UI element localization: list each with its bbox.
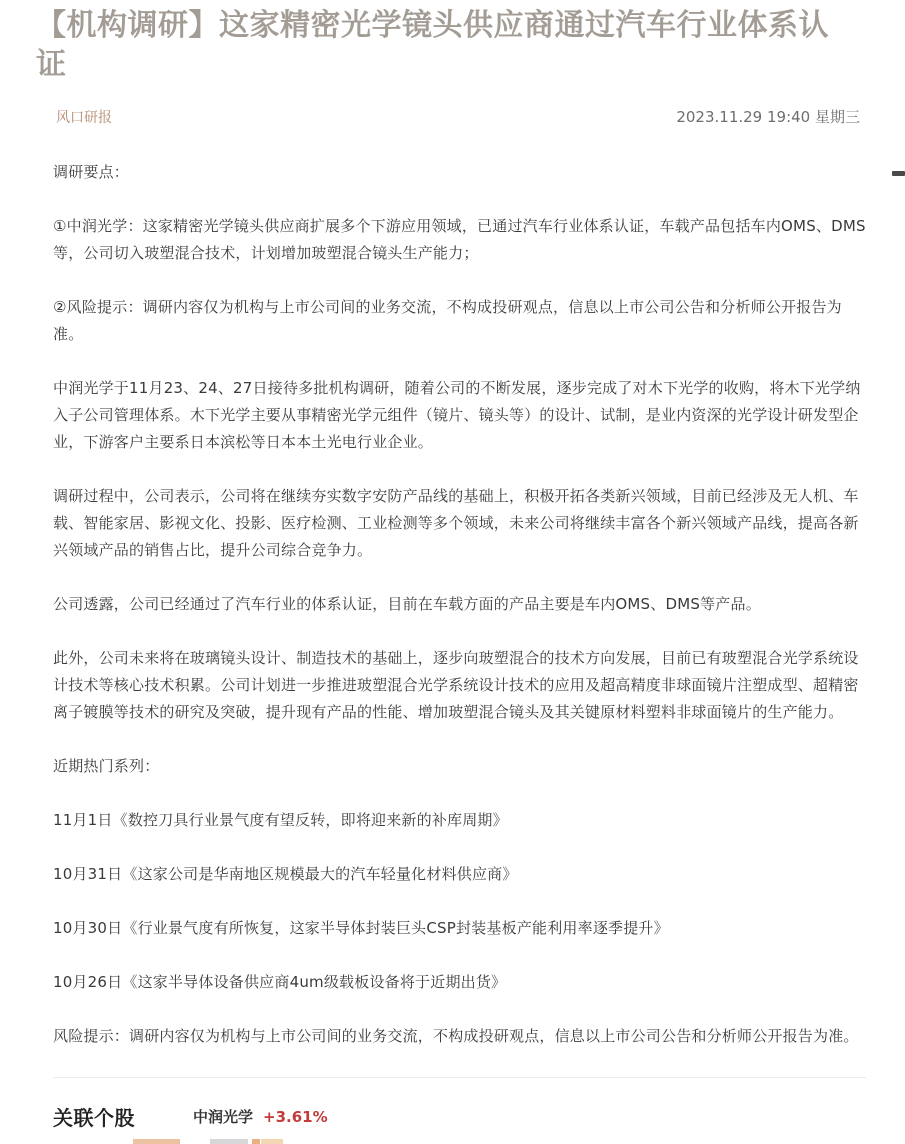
hot-series-item: 10月26日《这家半导体设备供应商4um级载板设备将于近期出货》 [53, 969, 870, 996]
hot-series-label: 近期热门系列： [53, 753, 870, 780]
article-body: 调研要点： ①中润光学：这家精密光学镜头供应商扩展多个下游应用领域，已通过汽车行… [0, 127, 905, 1050]
cutoff-image-fragment [261, 1139, 283, 1144]
stock-change-badge: +3.61% [263, 1108, 328, 1126]
section-divider [53, 1077, 866, 1078]
stock-item[interactable]: 中润光学 +3.61% [193, 1106, 328, 1127]
hot-series-item: 11月1日《数控刀具行业景气度有望反转，即将迎来新的补库周期》 [53, 807, 870, 834]
stock-name: 中润光学 [193, 1106, 253, 1127]
paragraph-glass-plastic-tech: 此外，公司未来将在玻璃镜头设计、制造技术的基础上，逐步向玻塑混合的技术方向发展，… [53, 645, 870, 726]
paragraph-certification: 公司透露，公司已经通过了汽车行业的体系认证，目前在车载方面的产品主要是车内OMS… [53, 591, 870, 618]
cutoff-image-fragment [252, 1139, 260, 1144]
source-tag[interactable]: 风口研报 [56, 107, 112, 127]
publish-timestamp: 2023.11.29 19:40 星期三 [676, 106, 860, 127]
hot-series-item: 10月30日《行业景气度有所恢复，这家半导体封装巨头CSP封装基板产能利用率逐季… [53, 915, 870, 942]
cutoff-image-fragment [133, 1139, 180, 1144]
article-page: 【机构调研】这家精密光学镜头供应商通过汽车行业体系认证 风口研报 2023.11… [0, 0, 905, 1144]
scrollbar-thumb[interactable] [892, 171, 905, 176]
paragraph-company-summary: ①中润光学：这家精密光学镜头供应商扩展多个下游应用领域，已通过汽车行业体系认证，… [53, 213, 870, 267]
paragraph-risk-note: ②风险提示：调研内容仅为机构与上市公司间的业务交流，不构成投研观点，信息以上市公… [53, 294, 870, 348]
risk-disclaimer: 风险提示：调研内容仅为机构与上市公司间的业务交流，不构成投研观点，信息以上市公司… [53, 1023, 870, 1050]
cutoff-image-fragment [210, 1139, 248, 1144]
cutoff-images-strip [0, 1139, 905, 1144]
hot-series-item: 10月31日《这家公司是华南地区规模最大的汽车轻量化材料供应商》 [53, 861, 870, 888]
byline: 风口研报 2023.11.29 19:40 星期三 [0, 106, 905, 127]
paragraph-business-expansion: 调研过程中，公司表示，公司将在继续夯实数字安防产品线的基础上，积极开拓各类新兴领… [53, 483, 870, 564]
paragraph-survey-detail: 中润光学于11月23、24、27日接待多批机构调研，随着公司的不断发展，逐步完成… [53, 375, 870, 456]
related-stocks-section: 关联个股 中润光学 +3.61% [0, 1102, 905, 1131]
related-stocks-label: 关联个股 [53, 1102, 135, 1131]
key-points-label: 调研要点： [53, 159, 870, 186]
page-title: 【机构调研】这家精密光学镜头供应商通过汽车行业体系认证 [0, 0, 905, 84]
